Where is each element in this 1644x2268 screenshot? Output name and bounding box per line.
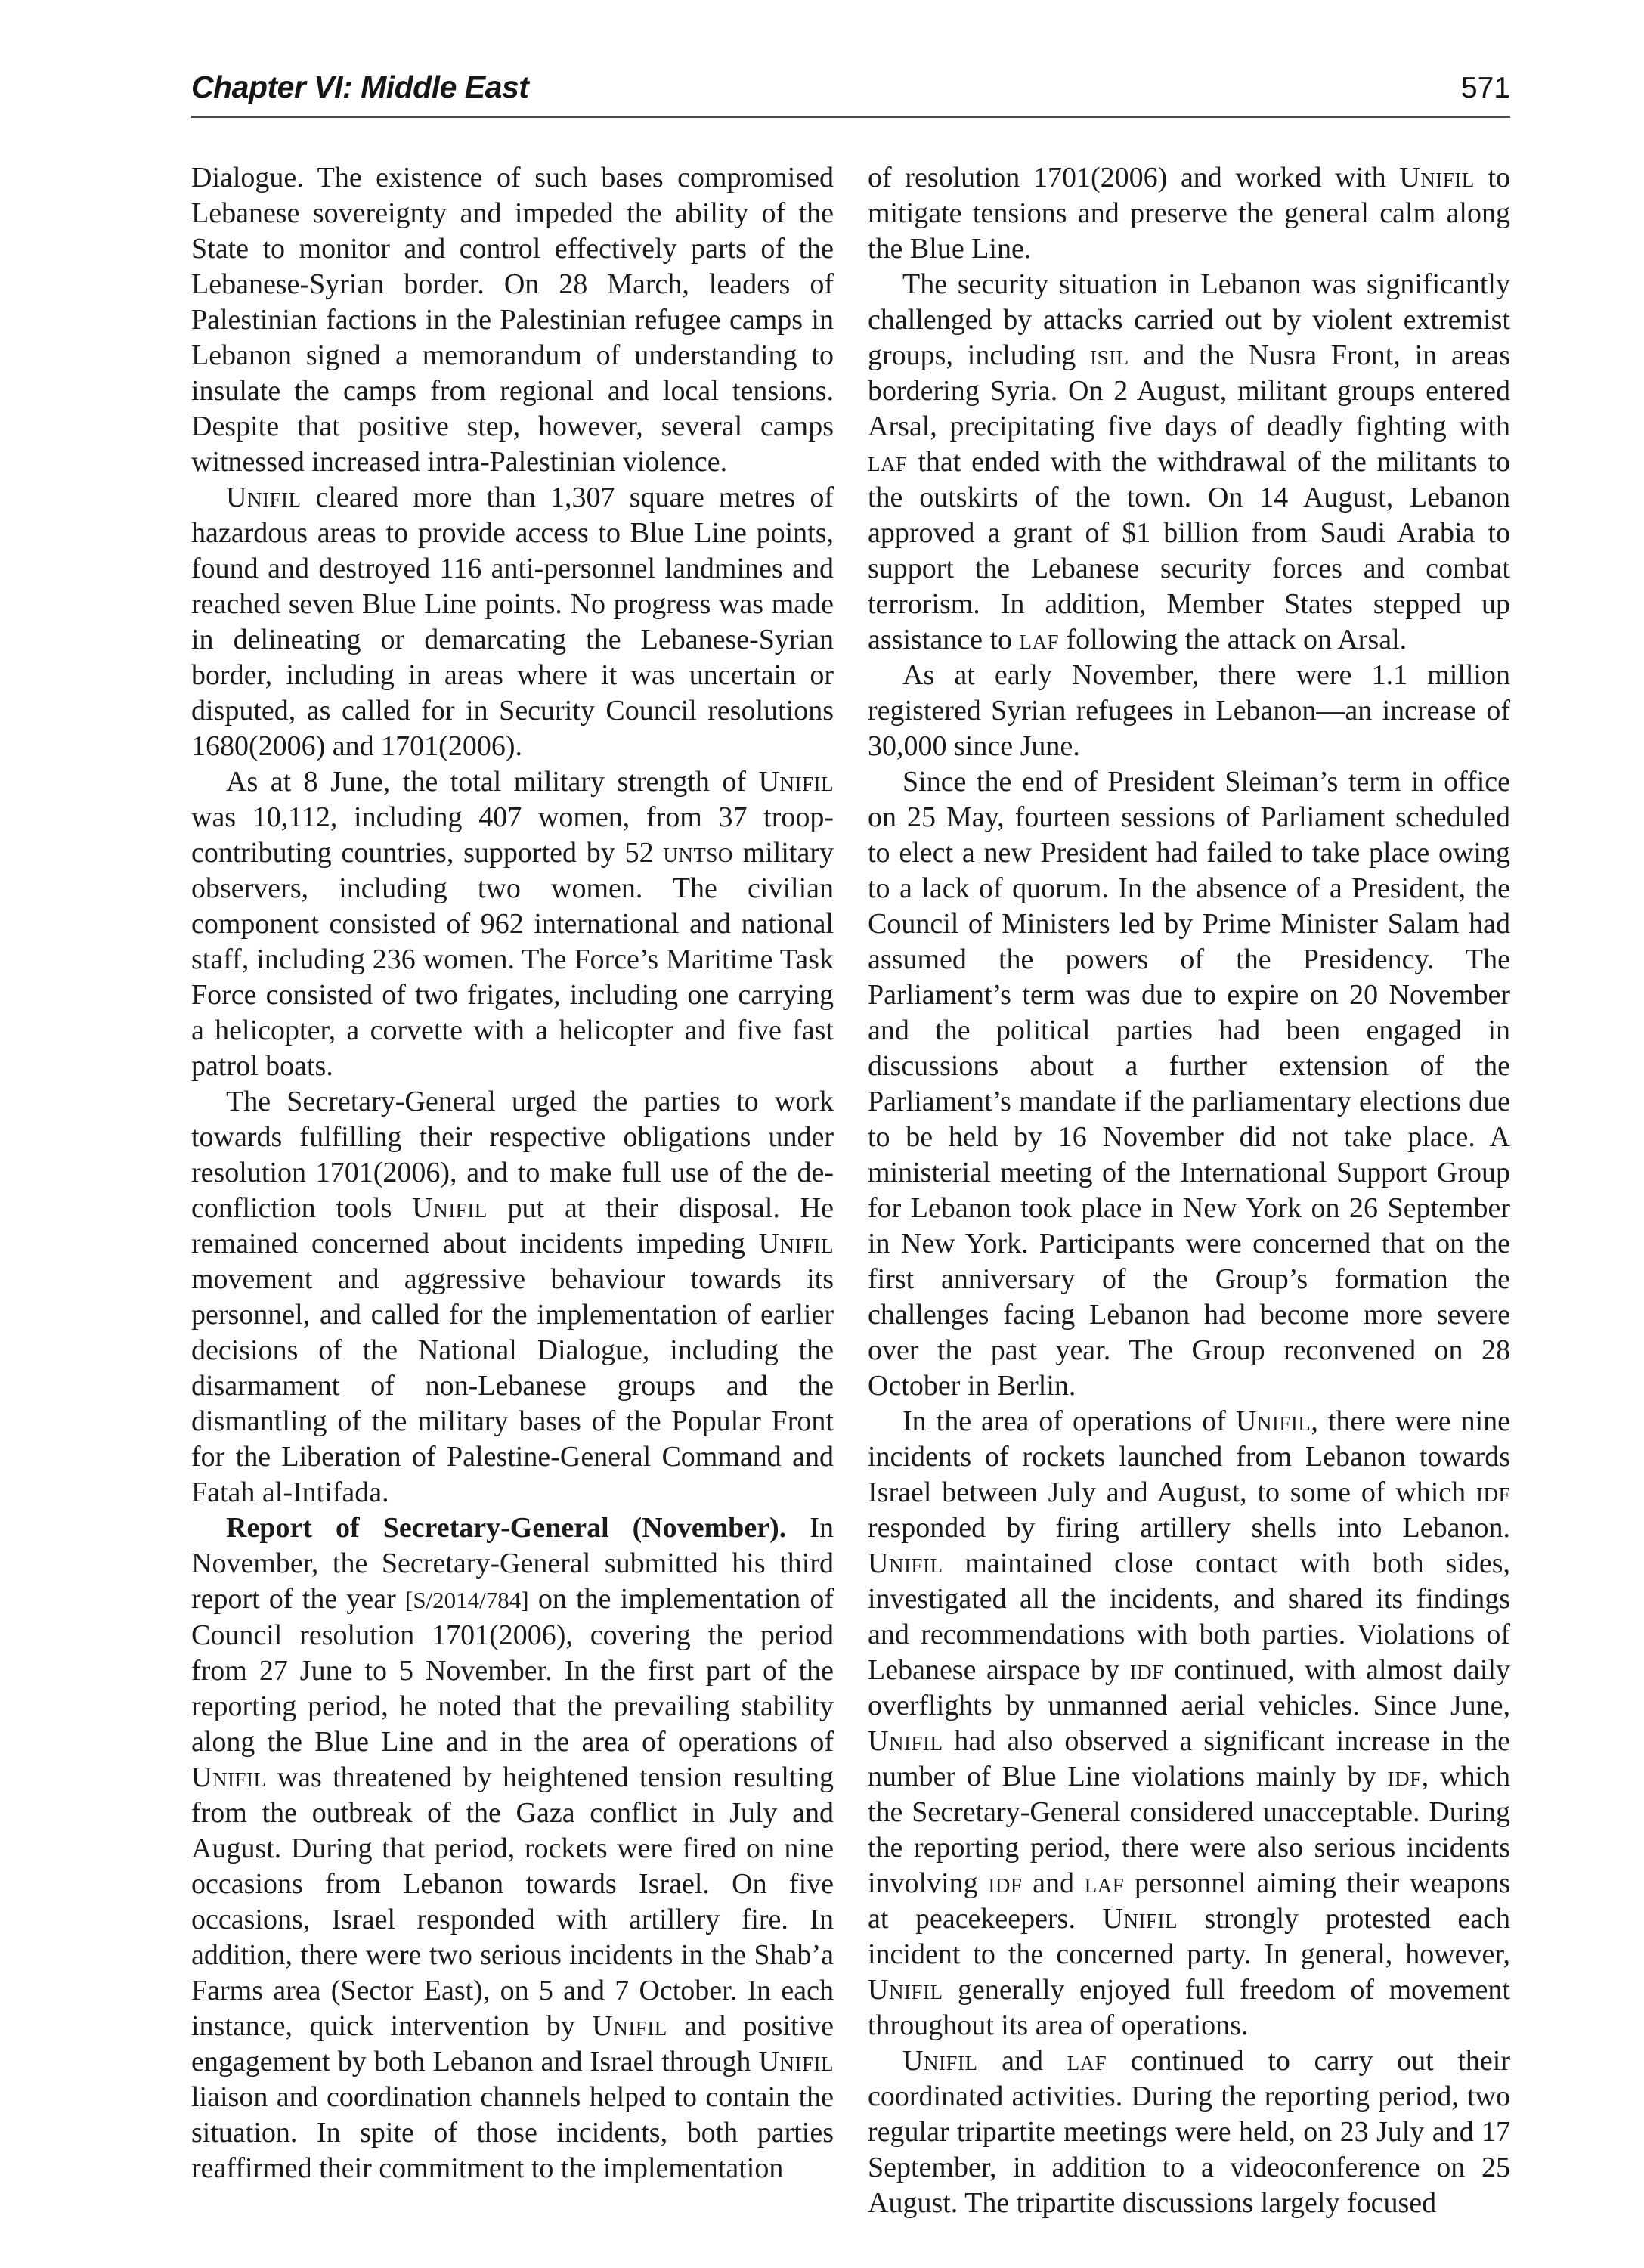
column-right: of resolution 1701(2006) and worked with…: [868, 160, 1510, 2221]
paragraph: Unifil cleared more than 1,307 square me…: [191, 480, 834, 764]
document-citation: [S/2014/784]: [405, 1587, 529, 1613]
page-header: Chapter VI: Middle East 571: [191, 70, 1510, 105]
small-caps-acronym: laf: [1020, 624, 1060, 655]
small-caps-acronym: Unifil: [759, 2046, 834, 2077]
paragraph: Report of Secretary-General (November). …: [191, 1510, 834, 2186]
paragraph: Since the end of President Sleiman’s ter…: [868, 764, 1510, 1404]
small-caps-acronym: Unifil: [1103, 1903, 1178, 1935]
chapter-title: Chapter VI: Middle East: [191, 70, 528, 105]
header-rule: [191, 116, 1510, 118]
small-caps-acronym: Unifil: [592, 2010, 667, 2042]
page-number: 571: [1461, 72, 1510, 105]
small-caps-acronym: idf: [1388, 1761, 1422, 1792]
small-caps-acronym: untso: [663, 837, 733, 869]
small-caps-acronym: Unifil: [191, 1761, 266, 1793]
small-caps-acronym: idf: [1130, 1654, 1164, 1686]
small-caps-acronym: Unifil: [759, 766, 834, 798]
small-caps-acronym: idf: [988, 1867, 1022, 1899]
small-caps-acronym: laf: [1085, 1867, 1125, 1899]
small-caps-acronym: Unifil: [759, 1228, 834, 1259]
small-caps-acronym: Unifil: [226, 482, 301, 513]
text-columns: Dialogue. The existence of such bases co…: [191, 160, 1510, 2221]
column-left: Dialogue. The existence of such bases co…: [191, 160, 834, 2221]
paragraph: of resolution 1701(2006) and worked with…: [868, 160, 1510, 267]
paragraph: Dialogue. The existence of such bases co…: [191, 160, 834, 480]
paragraph: The Secretary-General urged the parties …: [191, 1084, 834, 1510]
small-caps-acronym: Unifil: [868, 1548, 943, 1579]
small-caps-acronym: Unifil: [1399, 162, 1474, 194]
small-caps-acronym: idf: [1476, 1476, 1510, 1508]
paragraph: In the area of operations of Unifil, the…: [868, 1404, 1510, 2043]
small-caps-acronym: isil: [1090, 339, 1129, 371]
small-caps-acronym: Unifil: [412, 1192, 487, 1224]
paragraph: Unifil and laf continued to carry out th…: [868, 2043, 1510, 2221]
small-caps-acronym: laf: [1067, 2045, 1107, 2077]
small-caps-acronym: Unifil: [868, 1974, 943, 2006]
small-caps-acronym: laf: [868, 446, 908, 478]
small-caps-acronym: Unifil: [1236, 1405, 1311, 1437]
small-caps-acronym: Unifil: [902, 2045, 977, 2077]
document-page: Chapter VI: Middle East 571 Dialogue. Th…: [0, 0, 1644, 2268]
run-in-heading: Report of Secretary-General (November).: [226, 1512, 786, 1544]
small-caps-acronym: Unifil: [868, 1725, 943, 1757]
paragraph: As at early November, there were 1.1 mil…: [868, 658, 1510, 764]
paragraph: As at 8 June, the total military strengt…: [191, 764, 834, 1084]
paragraph: The security situation in Lebanon was si…: [868, 267, 1510, 658]
